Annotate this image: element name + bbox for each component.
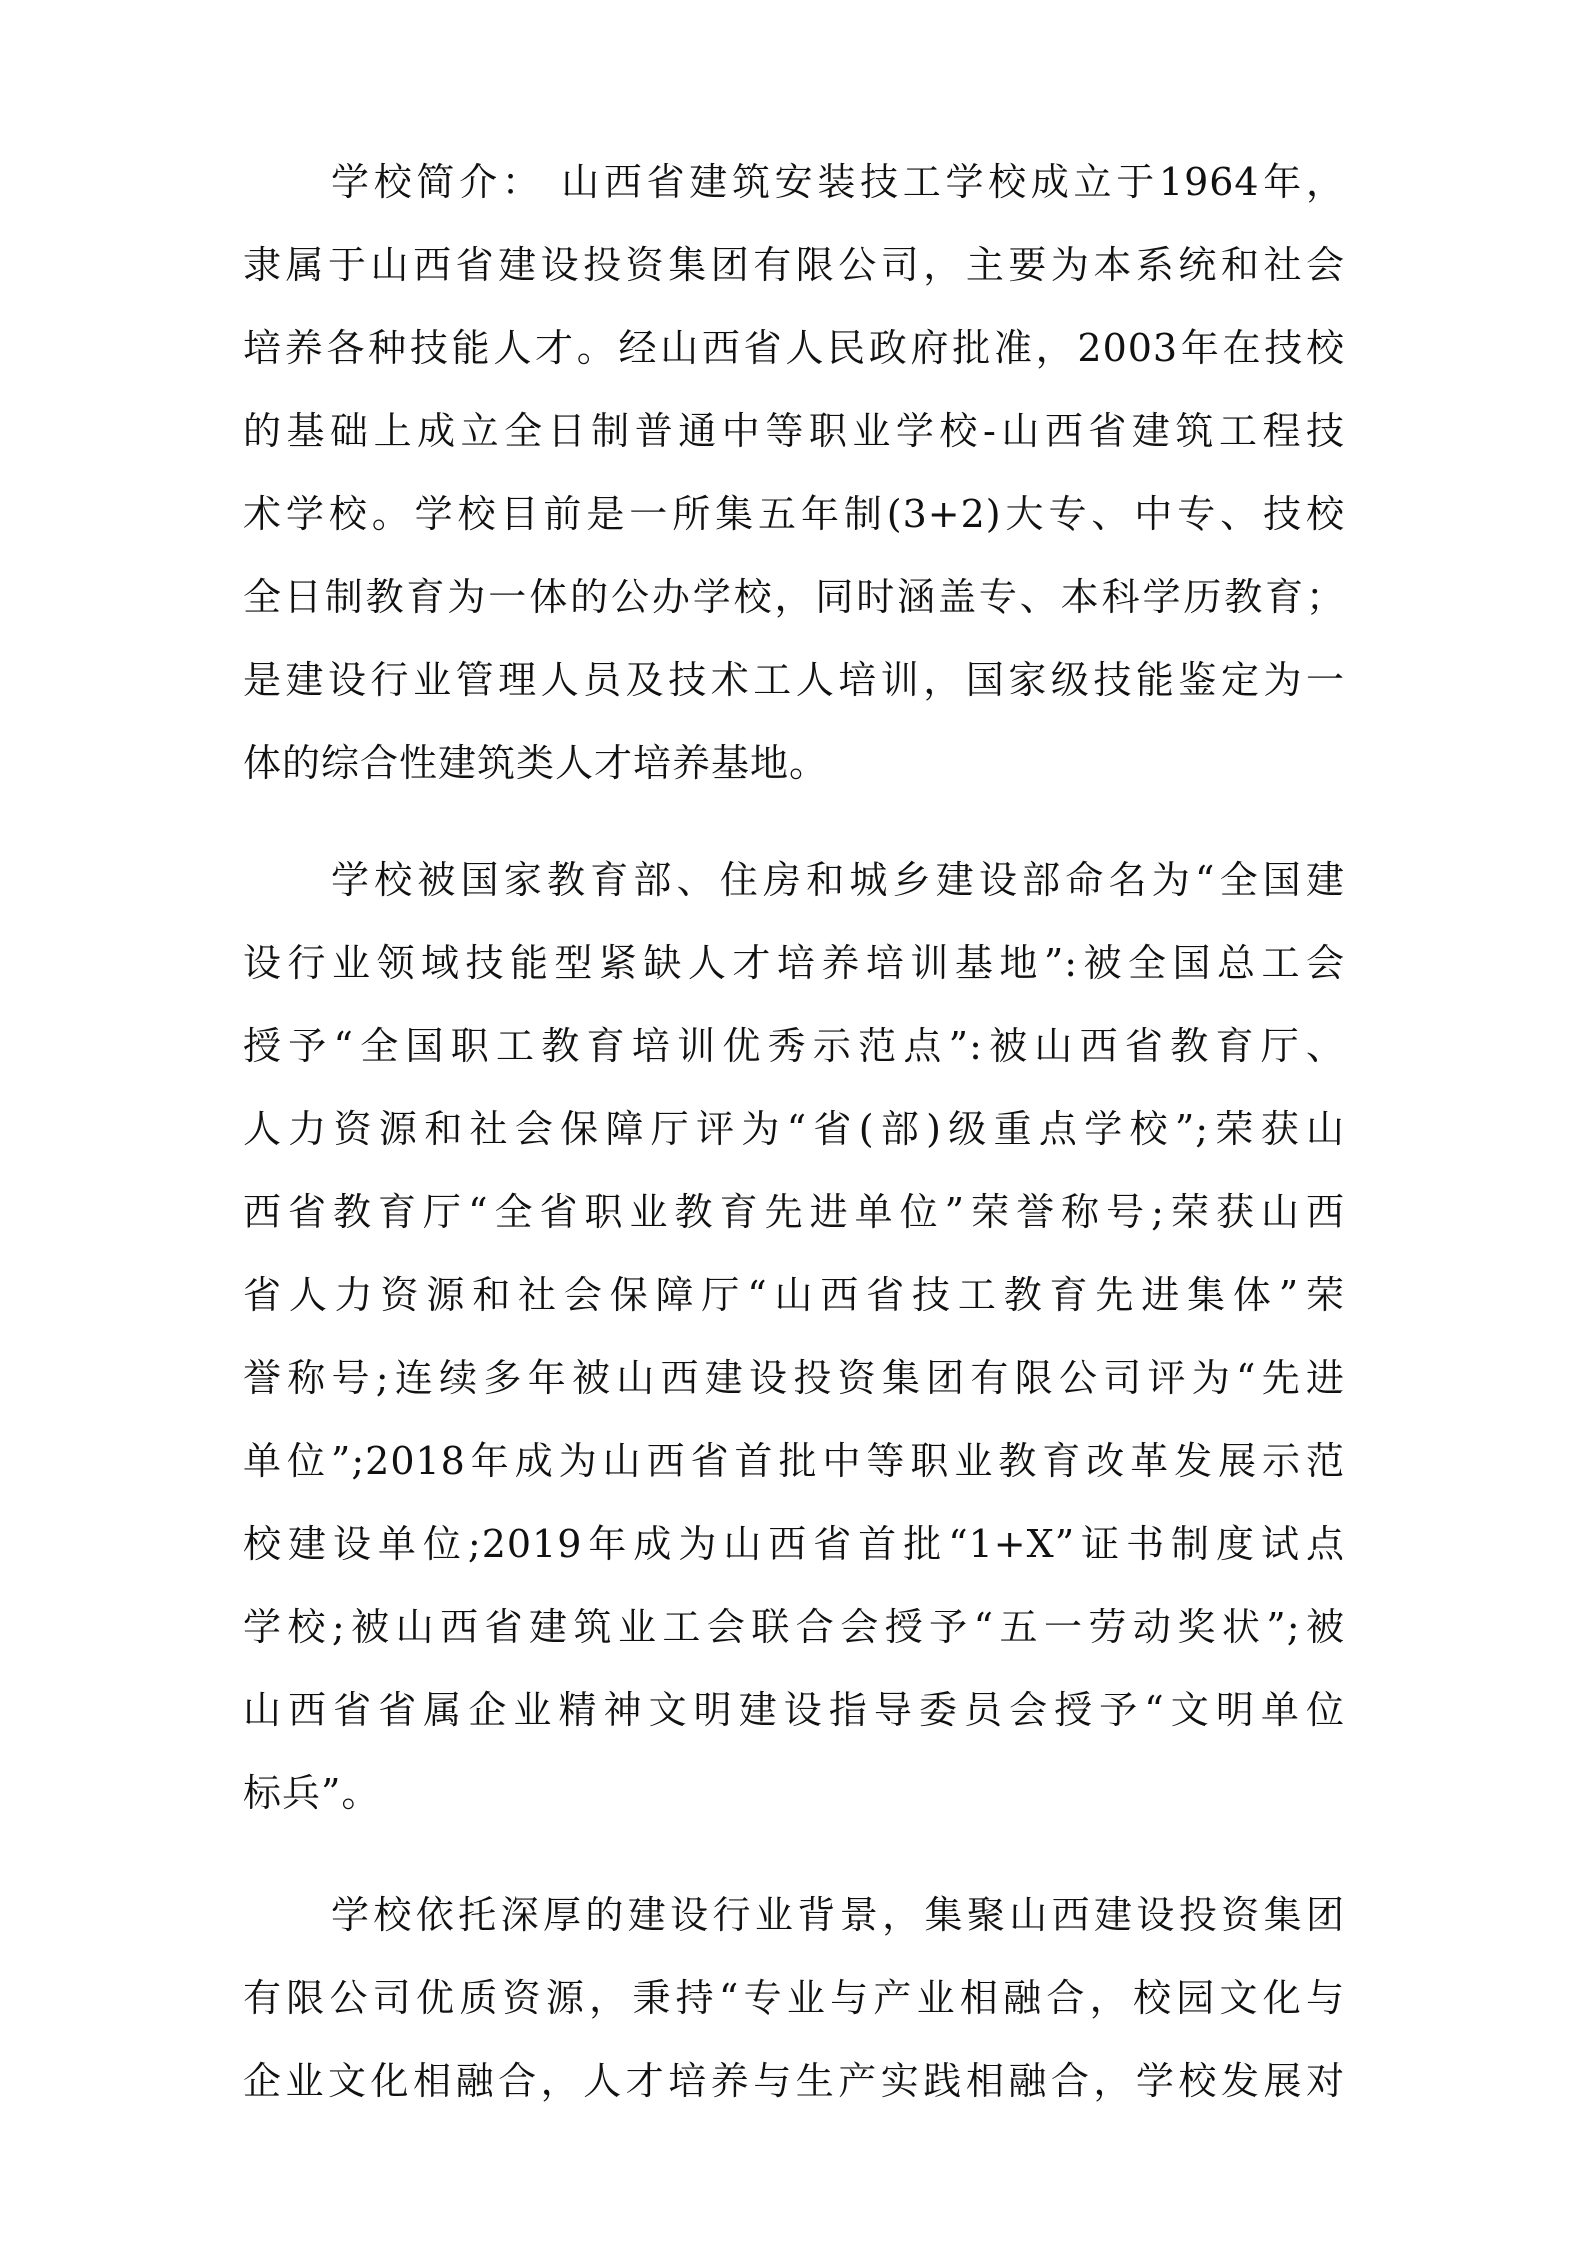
text-line: 西省教育厅“全省职业教育先进单位”荣誉称号;荣获山西 — [243, 1171, 1345, 1254]
text-line: 全日制教育为一体的公办学校，同时涵盖专、本科学历教育； — [243, 556, 1345, 639]
text-line: 学校;被山西省建筑业工会联合会授予“五一劳动奖状”;被 — [243, 1586, 1345, 1669]
text-line: 校建设单位;2019年成为山西省首批“1+X”证书制度试点 — [243, 1503, 1345, 1586]
text-line: 授予“全国职工教育培训优秀示范点”:被山西省教育厅、 — [243, 1005, 1345, 1088]
text-line: 人力资源和社会保障厅评为“省(部)级重点学校”;荣获山 — [243, 1088, 1345, 1171]
text-line: 的基础上成立全日制普通中等职业学校-山西省建筑工程技 — [243, 390, 1345, 473]
document-page: 学校简介： 山西省建筑安装技工学校成立于1964年， 隶属于山西省建设投资集团有… — [0, 0, 1587, 2245]
text-line: 培养各种技能人才。经山西省人民政府批准，2003年在技校 — [243, 307, 1345, 390]
text-line: 有限公司优质资源，秉持“专业与产业相融合，校园文化与 — [243, 1957, 1345, 2040]
text-line: 是建设行业管理人员及技术工人培训，国家级技能鉴定为一 — [243, 639, 1345, 722]
text-line: 学校简介： 山西省建筑安装技工学校成立于1964年， — [243, 141, 1345, 224]
text-line: 企业文化相融合，人才培养与生产实践相融合，学校发展对 — [243, 2040, 1345, 2123]
text-line: 体的综合性建筑类人才培养基地。 — [243, 722, 1345, 805]
text-line: 誉称号;连续多年被山西建设投资集团有限公司评为“先进 — [243, 1337, 1345, 1420]
text-line: 学校被国家教育部、住房和城乡建设部命名为“全国建 — [243, 839, 1345, 922]
text-line: 省人力资源和社会保障厅“山西省技工教育先进集体”荣 — [243, 1254, 1345, 1337]
text-line: 设行业领域技能型紧缺人才培养培训基地”:被全国总工会 — [243, 922, 1345, 1005]
text-line: 术学校。学校目前是一所集五年制(3+2)大专、中专、技校 — [243, 473, 1345, 556]
paragraph-honors: 学校被国家教育部、住房和城乡建设部命名为“全国建 设行业领域技能型紧缺人才培养培… — [243, 839, 1345, 1835]
text-line: 隶属于山西省建设投资集团有限公司，主要为本系统和社会 — [243, 224, 1345, 307]
text-line: 标兵”。 — [243, 1752, 1345, 1835]
paragraph-development: 学校依托深厚的建设行业背景，集聚山西建设投资集团 有限公司优质资源，秉持“专业与… — [243, 1874, 1345, 2123]
text-line: 单位”;2018年成为山西省首批中等职业教育改革发展示范 — [243, 1420, 1345, 1503]
text-line: 学校依托深厚的建设行业背景，集聚山西建设投资集团 — [243, 1874, 1345, 1957]
text-line: 山西省省属企业精神文明建设指导委员会授予“文明单位 — [243, 1669, 1345, 1752]
paragraph-school-intro: 学校简介： 山西省建筑安装技工学校成立于1964年， 隶属于山西省建设投资集团有… — [243, 141, 1345, 805]
